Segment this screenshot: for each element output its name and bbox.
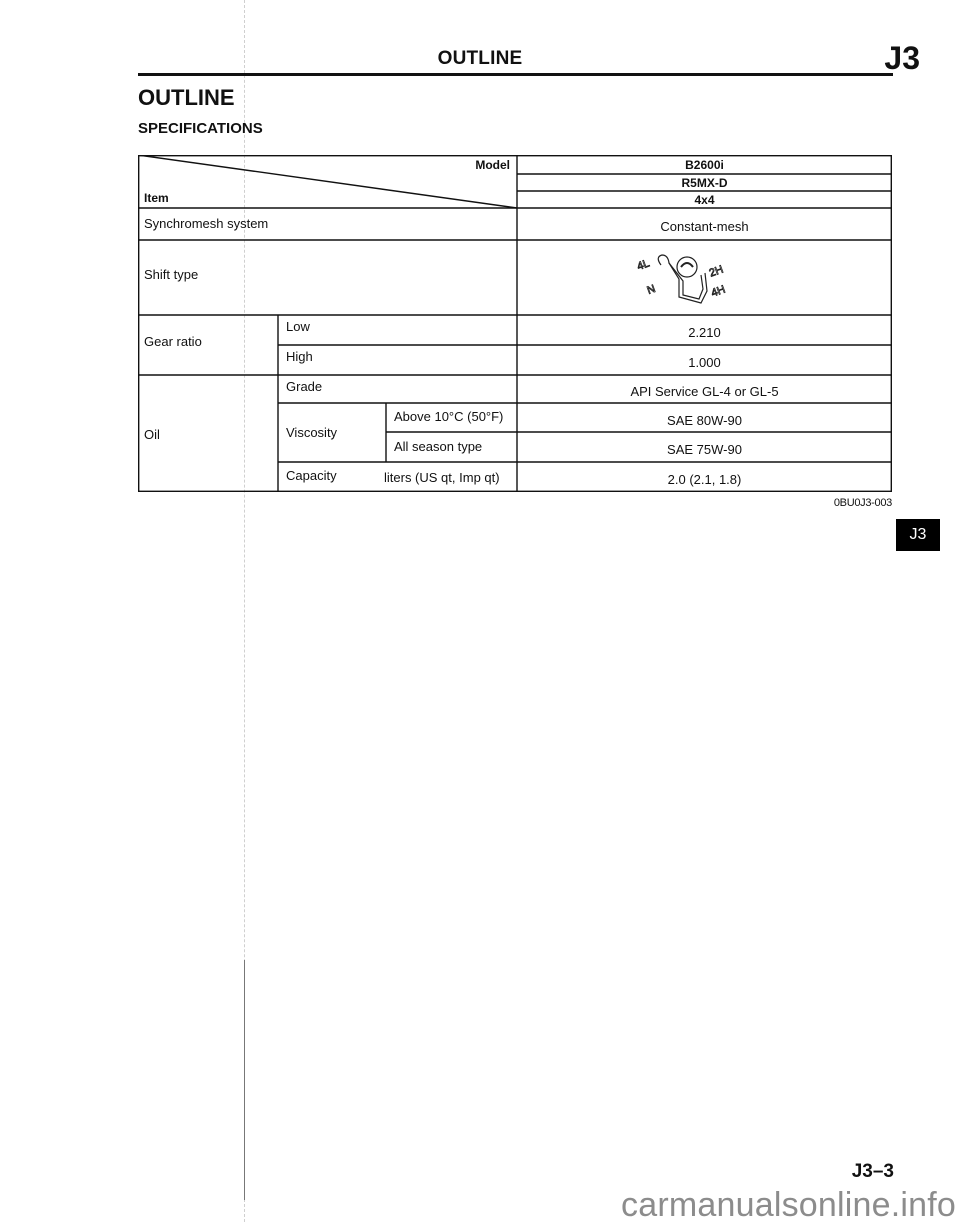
watermark: carmanualsonline.info xyxy=(621,1186,956,1222)
section-subheading: SPECIFICATIONS xyxy=(138,120,263,137)
svg-text:N: N xyxy=(646,283,658,297)
oil-grade-value: API Service GL-4 or GL-5 xyxy=(517,384,892,399)
gear-high-label: High xyxy=(286,349,313,364)
model-name: B2600i xyxy=(517,158,892,172)
page-number: J3–3 xyxy=(852,1161,894,1183)
specifications-table: Model Item B2600i R5MX-D 4x4 Synchromesh… xyxy=(138,155,892,492)
header-rule xyxy=(138,73,893,76)
shift-type-label: Shift type xyxy=(144,267,198,282)
viscosity-all-season-value: SAE 75W-90 xyxy=(517,442,892,457)
transmission-model: R5MX-D xyxy=(517,176,892,190)
section-tab-badge: J3 xyxy=(896,519,940,551)
figure-code: 0BU0J3-003 xyxy=(834,497,892,509)
viscosity-above-label: Above 10°C (50°F) xyxy=(394,409,503,424)
viscosity-above-value: SAE 80W-90 xyxy=(517,413,892,428)
gear-high-value: 1.000 xyxy=(517,355,892,370)
capacity-label: Capacity xyxy=(286,468,337,483)
viscosity-all-season-label: All season type xyxy=(394,439,482,454)
svg-text:4L: 4L xyxy=(636,257,652,272)
scan-guide-line xyxy=(244,960,245,1200)
drive-type: 4x4 xyxy=(517,193,892,207)
gear-low-label: Low xyxy=(286,319,310,334)
running-title: OUTLINE xyxy=(0,48,960,70)
section-code: J3 xyxy=(884,40,920,77)
viscosity-label: Viscosity xyxy=(286,425,337,440)
capacity-unit: liters (US qt, Imp qt) xyxy=(384,470,500,485)
synchromesh-label: Synchromesh system xyxy=(144,216,268,231)
item-column-label: Item xyxy=(144,191,169,205)
oil-grade-label: Grade xyxy=(286,379,322,394)
gear-low-value: 2.210 xyxy=(517,325,892,340)
svg-text:4H: 4H xyxy=(710,284,727,300)
oil-label: Oil xyxy=(144,427,160,442)
svg-text:2H: 2H xyxy=(708,264,725,280)
model-column-label: Model xyxy=(475,158,510,172)
synchromesh-value: Constant-mesh xyxy=(517,219,892,234)
transfer-shift-pattern-icon: 4L N 2H 4H xyxy=(625,245,755,310)
gear-ratio-label: Gear ratio xyxy=(144,334,202,349)
page-heading: OUTLINE xyxy=(138,85,235,111)
capacity-value: 2.0 (2.1, 1.8) xyxy=(517,472,892,487)
